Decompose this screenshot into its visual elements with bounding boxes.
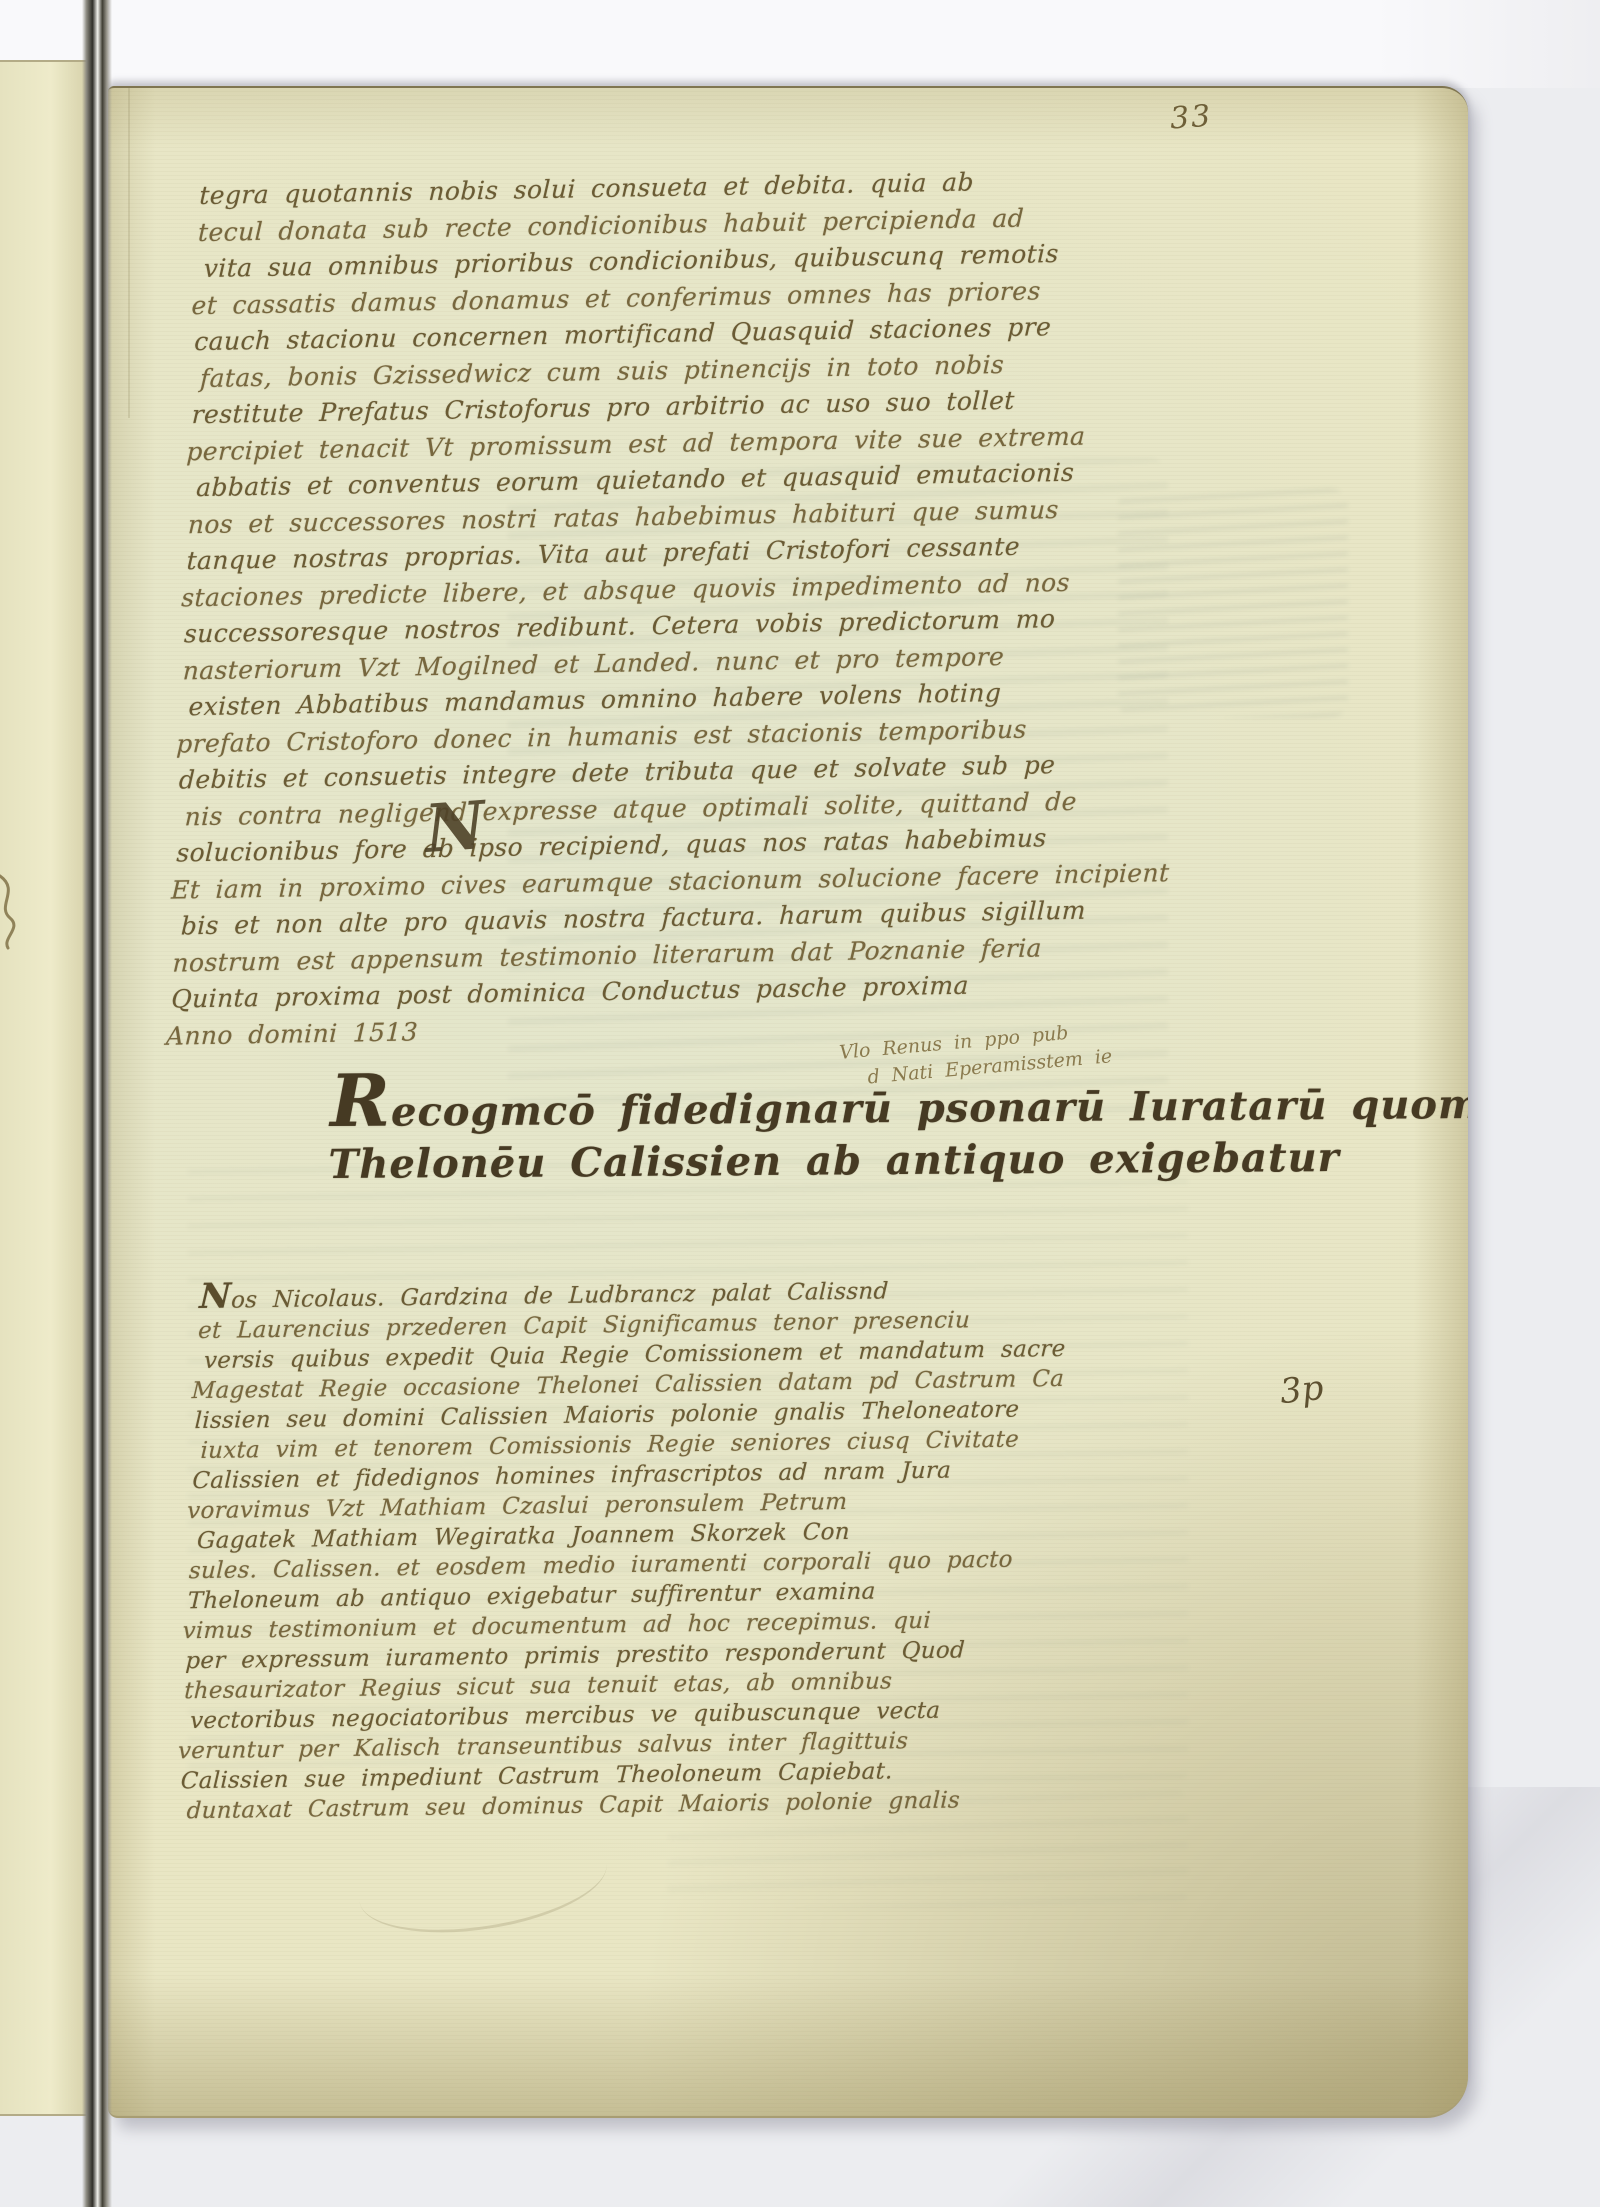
faint-pen-flourish [352, 1817, 613, 1948]
ink-squiggle-icon [0, 872, 28, 954]
section-heading: Recogmcō fidedignarū psonarū Iuratarū qu… [330, 1079, 1468, 1191]
manuscript-scan: 33 tegra quotannis nobis solui consueta … [0, 0, 1600, 2207]
initial-flourish: N [422, 786, 488, 868]
paragraph-2: Nos Nicolaus. Gardzina de Ludbrancz pala… [179, 1270, 1068, 1826]
page-crease [128, 88, 130, 418]
text-line: Thelonēu Calissien ab antiquo exigebatur [328, 1131, 1468, 1191]
scanner-top-band [0, 0, 1600, 88]
margin-mark: 3p [1278, 1368, 1325, 1412]
manuscript-page: 33 tegra quotannis nobis solui consueta … [108, 86, 1468, 2118]
paragraph-1: tegra quotannis nobis solui consueta et … [169, 161, 1194, 1055]
binding-groove [82, 0, 112, 2207]
left-page-edge [0, 60, 92, 2116]
text-line: Recogmcō fidedignarū psonarū Iuratarū qu… [330, 1079, 1468, 1139]
folio-number: 33 [1169, 99, 1214, 137]
